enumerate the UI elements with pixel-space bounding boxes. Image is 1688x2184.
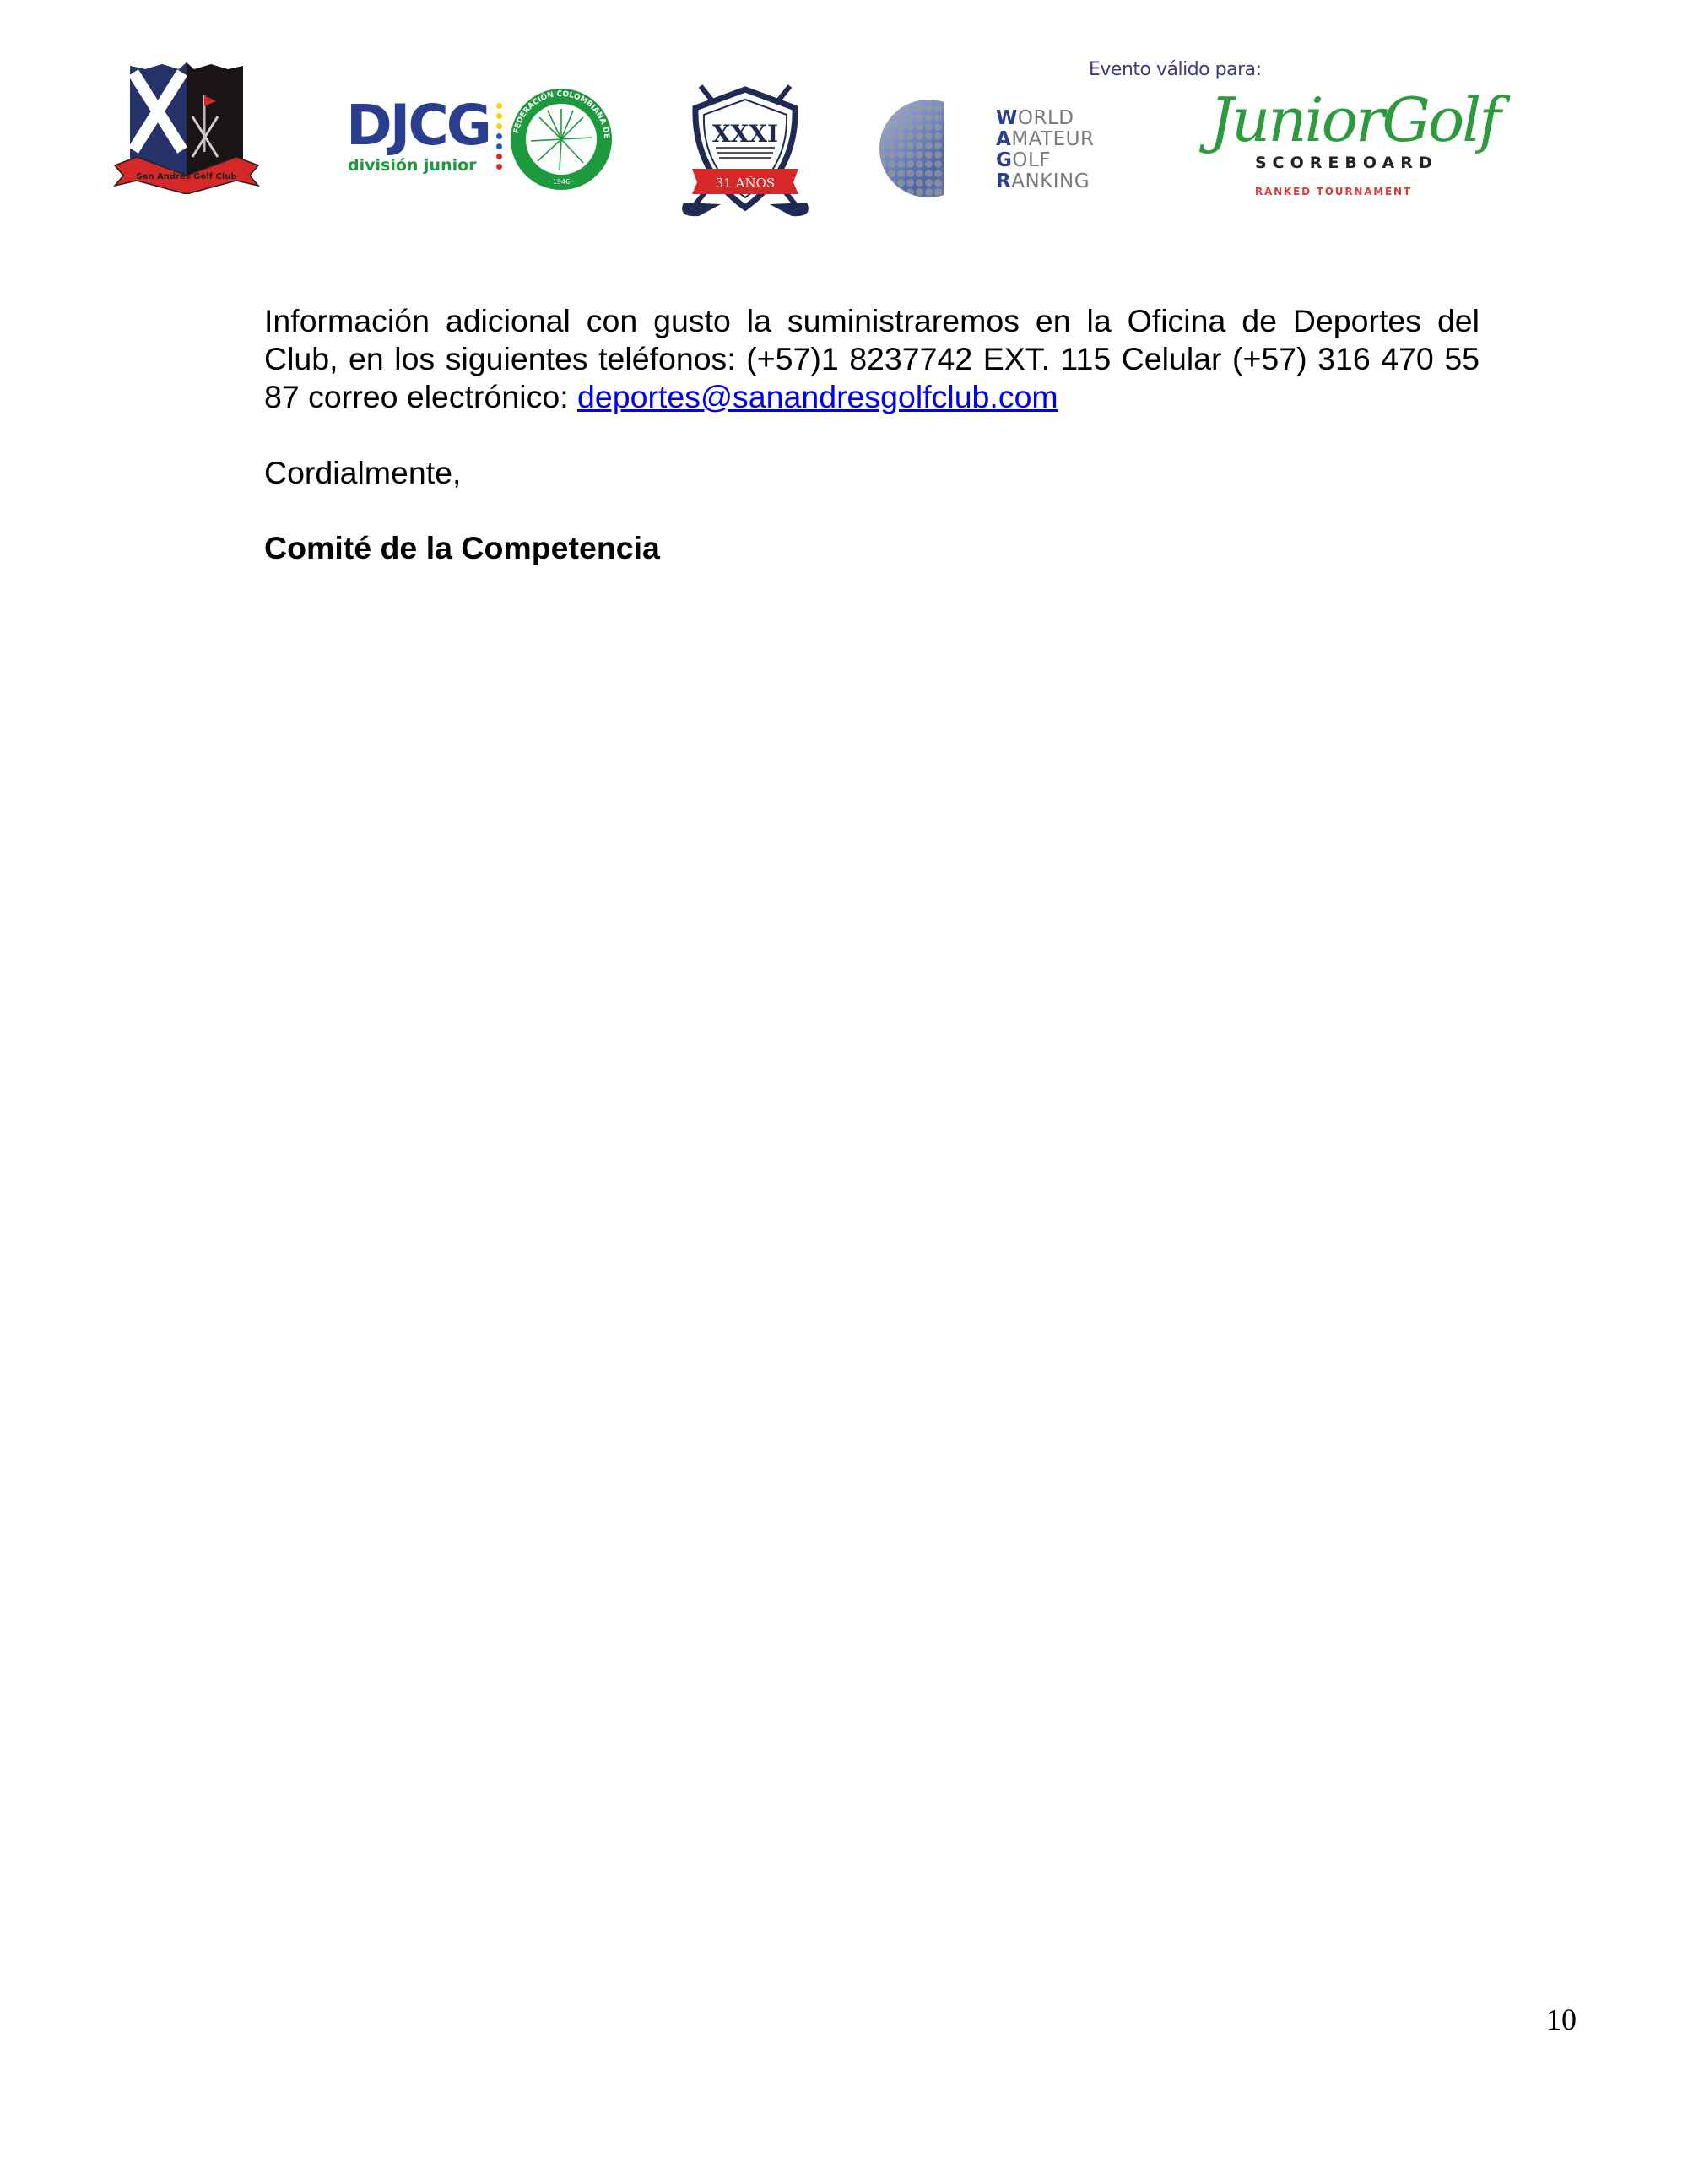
- ranked-tournament-text: RANKED TOURNAMENT: [1255, 186, 1412, 197]
- djcg-wordmark: DJCG: [346, 98, 490, 154]
- flag-dot: [496, 123, 502, 129]
- world-amateur-golf-ranking-ball-icon: [878, 95, 944, 203]
- xxxi-campeonato-shield-logo: XXXI 31 AÑOS: [668, 78, 822, 223]
- flag-dot: [496, 133, 502, 139]
- colombia-flag-dots: [496, 103, 503, 174]
- svg-text:· 1946 ·: · 1946 ·: [549, 178, 575, 186]
- page-number: 10: [1546, 2002, 1577, 2037]
- junior-golf-script: JuniorGolf: [1209, 86, 1499, 154]
- document-page: San Andrés Golf Club DJCG división junio…: [0, 0, 1688, 2184]
- email-link[interactable]: deportes@sanandresgolfclub.com: [577, 379, 1058, 414]
- svg-text:San Andrés Golf Club: San Andrés Golf Club: [136, 171, 236, 181]
- flag-dot: [496, 113, 502, 119]
- scoreboard-text: SCOREBOARD: [1255, 154, 1438, 172]
- evento-valido-label: Evento válido para:: [1089, 59, 1262, 80]
- djcg-subtitle: división junior: [348, 157, 477, 174]
- flag-dot: [496, 103, 502, 109]
- federacion-colombiana-golf-logo: FEDERACIÓN COLOMBIANA DE GOLF · 1946 ·: [509, 87, 614, 192]
- contact-info-paragraph: Información adicional con gusto la sumin…: [264, 302, 1480, 416]
- flag-dot: [496, 143, 502, 149]
- wagr-wordmark: WORLD AMATEUR GOLF RANKING: [996, 108, 1095, 192]
- svg-text:31 AÑOS: 31 AÑOS: [716, 176, 775, 191]
- flag-dot: [496, 164, 502, 170]
- club-crest-logo: San Andrés Golf Club: [111, 57, 262, 194]
- svg-text:XXXI: XXXI: [712, 120, 778, 148]
- closing-salutation: Cordialmente,: [264, 454, 1480, 492]
- signature: Comité de la Competencia: [264, 529, 1480, 567]
- flag-dot: [496, 154, 502, 159]
- djcg-division-junior-logo: DJCG división junior: [344, 91, 505, 184]
- junior-golf-scoreboard-logo: JuniorGolf SCOREBOARD RANKED TOURNAMENT: [1203, 91, 1447, 205]
